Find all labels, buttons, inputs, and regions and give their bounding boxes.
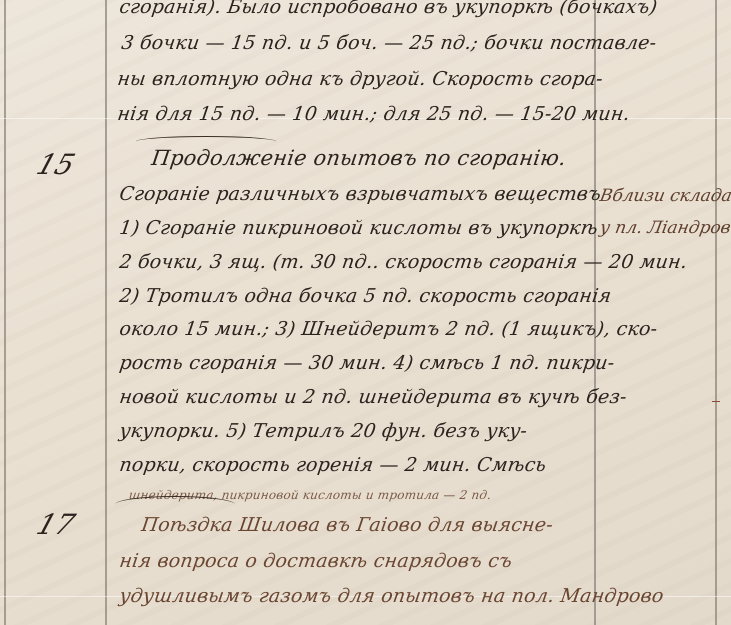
section-heading: Продолженіе опытовъ по сгоранію. [150,146,568,170]
side-note-line-1: Вблизи склада [598,186,731,206]
text-line-2: 3 бочки — 15 пд. и 5 боч. — 25 пд.; бочк… [120,32,658,54]
text-line-12: новой кислоты и 2 пд. шнейдерита въ кучѣ… [118,386,628,408]
text-line-13: укупорки. 5) Тетрилъ 20 фун. безъ уку- [118,420,529,442]
margin-rule [105,0,107,625]
text-line-6: Сгораніе различныхъ взрывчатыхъ веществъ [118,183,603,205]
text-line-1: сгоранія). Было испробовано въ укупоркѣ … [118,0,659,18]
left-edge-rule [4,0,6,625]
document-page: 15 17 сгоранія). Было испробовано въ уку… [0,0,731,625]
text-line-3: ны вплотную одна къ другой. Скорость сго… [116,68,604,90]
text-line-18: удушливымъ газомъ для опытовъ на пол. Ма… [118,585,665,607]
text-line-7: 1) Сгораніе пикриновой кислоты въ укупор… [118,217,599,239]
ink-tick-mark [712,401,720,402]
text-line-4: нія для 15 пд. — 10 мин.; для 25 пд. — 1… [116,103,631,125]
entry-number-15: 15 [33,148,79,181]
entry-number-17: 17 [33,508,79,541]
text-line-14: порки, скорость горенія — 2 мин. Смѣсь [118,454,548,476]
text-line-8: 2 бочки, 3 ящ. (т. 30 пд.. скорость сгор… [118,251,689,273]
text-line-11: рость сгоранія — 30 мин. 4) смѣсь 1 пд. … [118,352,616,374]
notes-column-rule [594,0,596,625]
text-line-10: около 15 мин.; 3) Шнейдеритъ 2 пд. (1 ящ… [118,318,659,340]
side-note-line-2: у пл. Ліандрово [598,218,731,238]
right-edge-rule [715,0,717,625]
text-line-16: Поѣздка Шилова въ Гаіово для выясне- [140,514,554,536]
text-line-17: нія вопроса о доставкѣ снарядовъ съ [118,550,514,572]
text-line-9: 2) Тротилъ одна бочка 5 пд. скорость сго… [118,285,613,307]
strike-flourish [115,496,235,513]
